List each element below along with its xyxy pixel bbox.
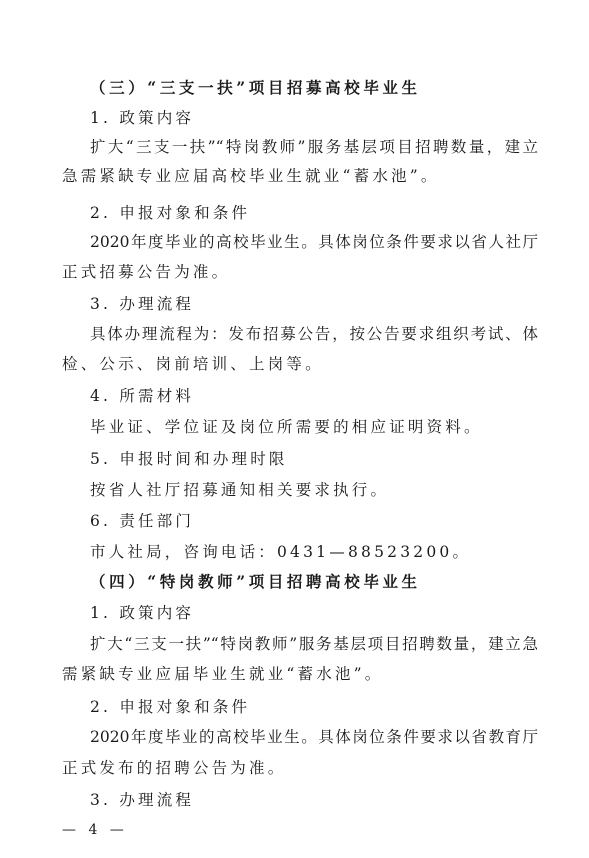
item-title: 6. 责任部门	[90, 511, 538, 531]
paragraph-line: 扩大“三支一扶”“特岗教师”服务基层项目招聘数量，建立	[90, 137, 538, 157]
item-title: 4. 所需材料	[90, 386, 538, 406]
paragraph-line: 急需紧缺专业应届高校毕业生就业“蓄水池”。	[62, 166, 538, 186]
paragraph-line: 2020年度毕业的高校毕业生。具体岗位条件要求以省教育厅	[90, 727, 538, 747]
item-title: 1. 政策内容	[90, 108, 538, 128]
item-title: 2. 申报对象和条件	[90, 697, 538, 717]
paragraph-line: 2020年度毕业的高校毕业生。具体岗位条件要求以省人社厅	[90, 232, 538, 252]
paragraph-line: 正式招募公告为准。	[62, 262, 538, 282]
item-title: 3. 办理流程	[90, 294, 538, 314]
paragraph-line: 检、公示、岗前培训、上岗等。	[62, 354, 538, 374]
paragraph-line: 市人社局，咨询电话：0431—88523200。	[90, 542, 538, 562]
paragraph-line: 具体办理流程为：发布招募公告，按公告要求组织考试、体	[90, 324, 538, 344]
section-heading: （三）“三支一扶”项目招募高校毕业生	[90, 78, 538, 98]
item-title: 5. 申报时间和办理时限	[90, 449, 538, 469]
document-page: （三）“三支一扶”项目招募高校毕业生 1. 政策内容 扩大“三支一扶”“特岗教师…	[0, 0, 589, 858]
paragraph-line: 毕业证、学位证及岗位所需要的相应证明资料。	[90, 417, 538, 437]
section-heading: （四）“特岗教师”项目招聘高校毕业生	[90, 572, 538, 592]
paragraph-line: 扩大“三支一扶”“特岗教师”服务基层项目招聘数量，建立急	[90, 634, 538, 654]
page-number: — 4 —	[62, 822, 128, 838]
item-title: 3. 办理流程	[90, 790, 538, 810]
item-title: 2. 申报对象和条件	[90, 203, 538, 223]
paragraph-line: 按省人社厅招募通知相关要求执行。	[90, 480, 538, 500]
paragraph-line: 正式发布的招聘公告为准。	[62, 758, 538, 778]
paragraph-line: 需紧缺专业应届毕业生就业“蓄水池”。	[62, 664, 538, 684]
item-title: 1. 政策内容	[90, 603, 538, 623]
